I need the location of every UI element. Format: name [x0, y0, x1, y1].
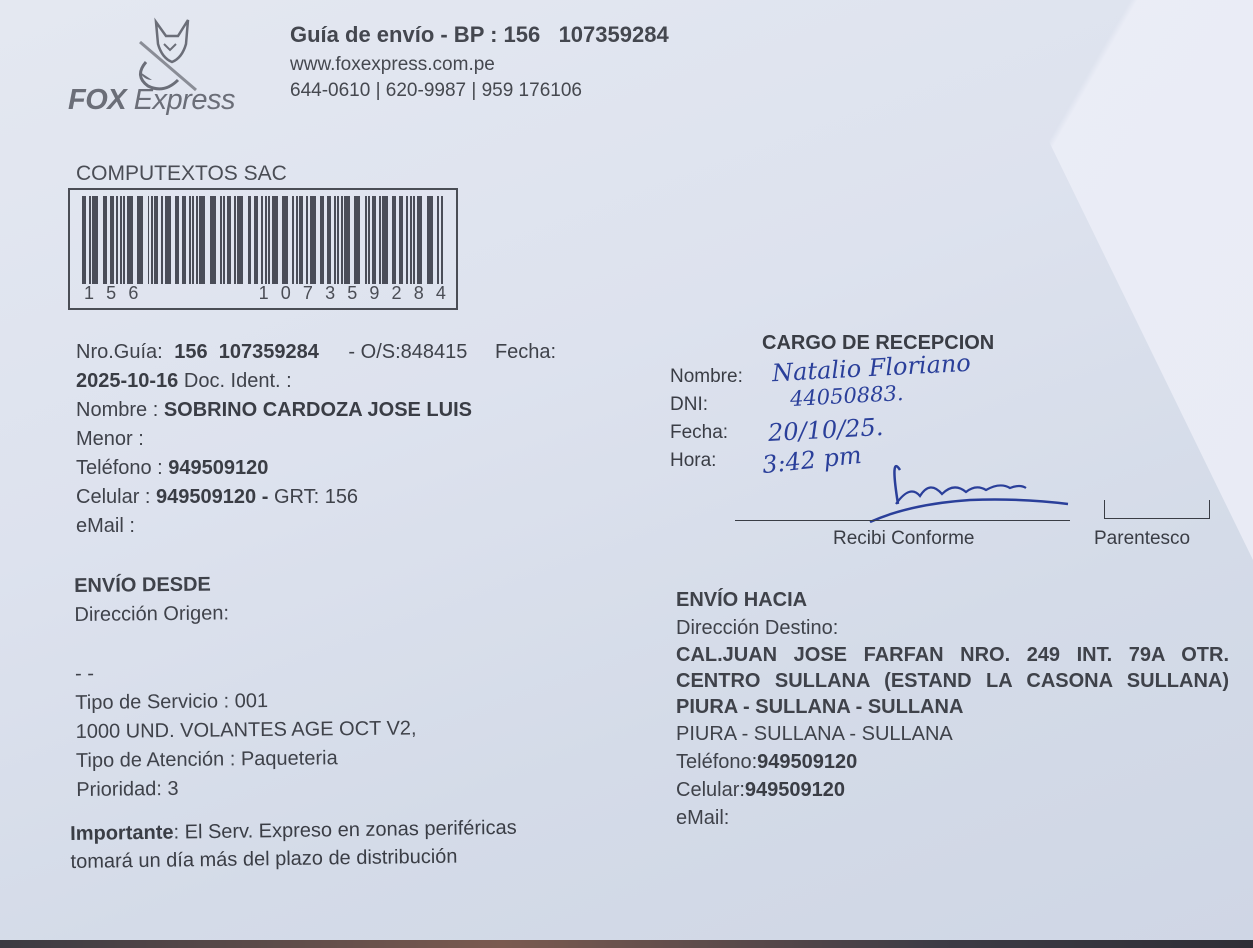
barcode-digit: 1 — [84, 283, 94, 304]
destination-address-label: Dirección Destino: — [676, 614, 1229, 642]
logo-word-bold: FOX — [68, 84, 126, 116]
brand-logo: FOX Express — [68, 14, 278, 124]
receipt-date-label: Fecha: — [670, 422, 728, 444]
barcode-digit: 2 — [392, 283, 402, 304]
phones: 644-0610 | 620-9987 | 959 176106 — [290, 80, 669, 102]
table-surface — [0, 940, 1253, 948]
origin-address-label: Dirección Origen: — [74, 597, 415, 630]
guide-number: 156 107359284 — [174, 341, 319, 363]
package-contents: 1000 UND. VOLANTES AGE OCT V2, — [76, 714, 417, 747]
cell-row: Celular : 949509120 - GRT: 156 — [76, 483, 556, 512]
guide-title: Guía de envío - BP : 156 107359284 — [290, 22, 669, 48]
attention-type: Tipo de Atención : Paqueteria — [76, 743, 417, 776]
document-header: Guía de envío - BP : 156 107359284 www.f… — [290, 22, 669, 102]
recibi-conforme-label: Recibi Conforme — [833, 528, 975, 550]
order-number: - O/S:848415 — [348, 341, 467, 363]
sender-company: COMPUTEXTOS SAC — [76, 162, 287, 186]
receipt-date-handwritten: 20/10/25. — [767, 413, 884, 447]
destination-heading: ENVÍO HACIA — [676, 586, 1229, 614]
logo-word-light: Express — [134, 84, 235, 116]
destination-cell-row: Celular:949509120 — [676, 776, 1229, 804]
recipient-name: SOBRINO CARDOZA JOSE LUIS — [164, 399, 472, 421]
barcode-number: 156107359284 — [84, 283, 446, 304]
destination-cell: 949509120 — [745, 779, 845, 801]
barcode-digit: 5 — [106, 283, 116, 304]
origin-section: ENVÍO DESDE Dirección Origen: - - Tipo d… — [74, 568, 417, 805]
receipt-dni-handwritten: 44050883. — [789, 381, 904, 411]
parentesco-field — [1104, 500, 1210, 519]
origin-heading: ENVÍO DESDE — [74, 568, 415, 601]
barcode-digit: 4 — [436, 283, 446, 304]
cell-value: 949509120 - — [156, 486, 268, 508]
barcode: 156107359284 — [68, 188, 458, 310]
menor-row: Menor : — [76, 425, 556, 454]
receipt-dni-label: DNI: — [670, 394, 708, 416]
date-row: 2025-10-16 Doc. Ident. : — [76, 367, 556, 396]
destination-address: CAL.JUAN JOSE FARFAN NRO. 249 INT. 79A O… — [676, 642, 1229, 720]
fox-icon — [126, 14, 216, 94]
barcode-digit: 0 — [281, 283, 291, 304]
destination-region: PIURA - SULLANA - SULLANA — [676, 720, 1229, 748]
barcode-digit: 1 — [259, 283, 269, 304]
barcode-digit: 8 — [414, 283, 424, 304]
signature-icon — [850, 444, 1090, 524]
phone-row: Teléfono : 949509120 — [76, 454, 556, 483]
recipient-name-row: Nombre : SOBRINO CARDOZA JOSE LUIS — [76, 396, 556, 425]
grt-value: GRT: 156 — [274, 486, 358, 508]
origin-address-value: - - — [75, 656, 416, 689]
note-label: Importante — [70, 822, 174, 845]
signature-line — [735, 520, 1070, 521]
service-type: Tipo de Servicio : 001 — [75, 685, 416, 718]
receipt-time-label: Hora: — [670, 450, 716, 472]
guide-details: Nro.Guía: 156 107359284 - O/S:848415 Fec… — [76, 338, 556, 541]
destination-phone: 949509120 — [757, 751, 857, 773]
destination-section: ENVÍO HACIA Dirección Destino: CAL.JUAN … — [676, 586, 1229, 832]
priority: Prioridad: 3 — [76, 772, 417, 805]
important-note: Importante: El Serv. Expreso en zonas pe… — [70, 814, 517, 876]
email-row: eMail : — [76, 512, 556, 541]
website: www.foxexpress.com.pe — [290, 54, 669, 76]
note-text-2: tomará un día más del plazo de distribuc… — [70, 842, 517, 876]
barcode-digit: 5 — [347, 283, 357, 304]
barcode-digit: 7 — [303, 283, 313, 304]
destination-email-row: eMail: — [676, 804, 1229, 832]
barcode-digit: 6 — [128, 283, 138, 304]
note-text: : El Serv. Expreso en zonas periféricas — [173, 817, 516, 844]
parentesco-label: Parentesco — [1094, 528, 1190, 550]
barcode-bars — [82, 196, 444, 284]
guide-date: 2025-10-16 — [76, 370, 178, 392]
phone-value: 949509120 — [168, 457, 268, 479]
destination-phone-row: Teléfono:949509120 — [676, 748, 1229, 776]
guide-number-row: Nro.Guía: 156 107359284 - O/S:848415 Fec… — [76, 338, 556, 367]
receipt-name-label: Nombre: — [670, 366, 743, 388]
barcode-digit: 9 — [369, 283, 379, 304]
barcode-digit: 3 — [325, 283, 335, 304]
